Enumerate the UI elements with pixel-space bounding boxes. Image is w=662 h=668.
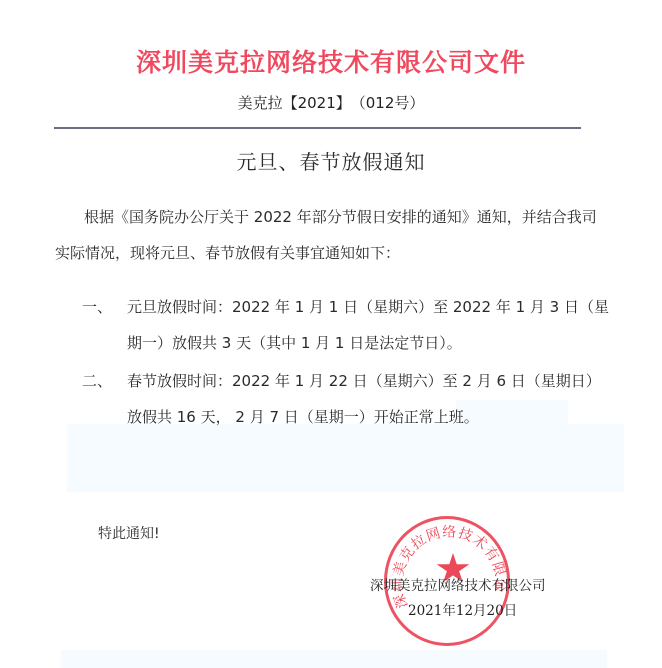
company-document-title: 深圳美克拉网络技术有限公司文件: [0, 43, 662, 79]
item-1-line-2: 期一）放假共 3 天（其中 1 月 1 日是法定节日）。: [127, 332, 462, 353]
item-1-line-1: 元旦放假时间：2022 年 1 月 1 日（星期六）至 2022 年 1 月 3…: [127, 296, 609, 317]
header-divider: [54, 127, 581, 129]
scan-patch-middle: [67, 424, 624, 492]
signature-date: 2021年12月20日: [408, 599, 517, 619]
notice-title: 元旦、春节放假通知: [0, 146, 662, 175]
intro-line-1: 根据《国务院办公厅关于 2022 年部分节假日安排的通知》通知，并结合我司: [84, 206, 597, 227]
item-2-line-2: 放假共 16 天， 2 月 7 日（星期一）开始正常上班。: [127, 406, 479, 427]
item-number-2: 二、: [82, 370, 112, 391]
item-2-line-1: 春节放假时间：2022 年 1 月 22 日（星期六）至 2 月 6 日（星期日…: [127, 370, 601, 391]
svg-text:深圳美克拉网络技术有限公司: 深圳美克拉网络技术有限公司: [390, 518, 508, 610]
intro-line-2: 实际情况，现将元旦、春节放假有关事宜通知如下：: [55, 242, 400, 263]
document-number: 美克拉【2021】 （012号）: [0, 92, 662, 113]
scan-patch-bottom: [61, 650, 607, 668]
item-number-1: 一、: [82, 296, 112, 317]
closing-text: 特此通知!: [98, 523, 160, 543]
signature-company: 深圳美克拉网络技术有限公司: [370, 574, 546, 594]
